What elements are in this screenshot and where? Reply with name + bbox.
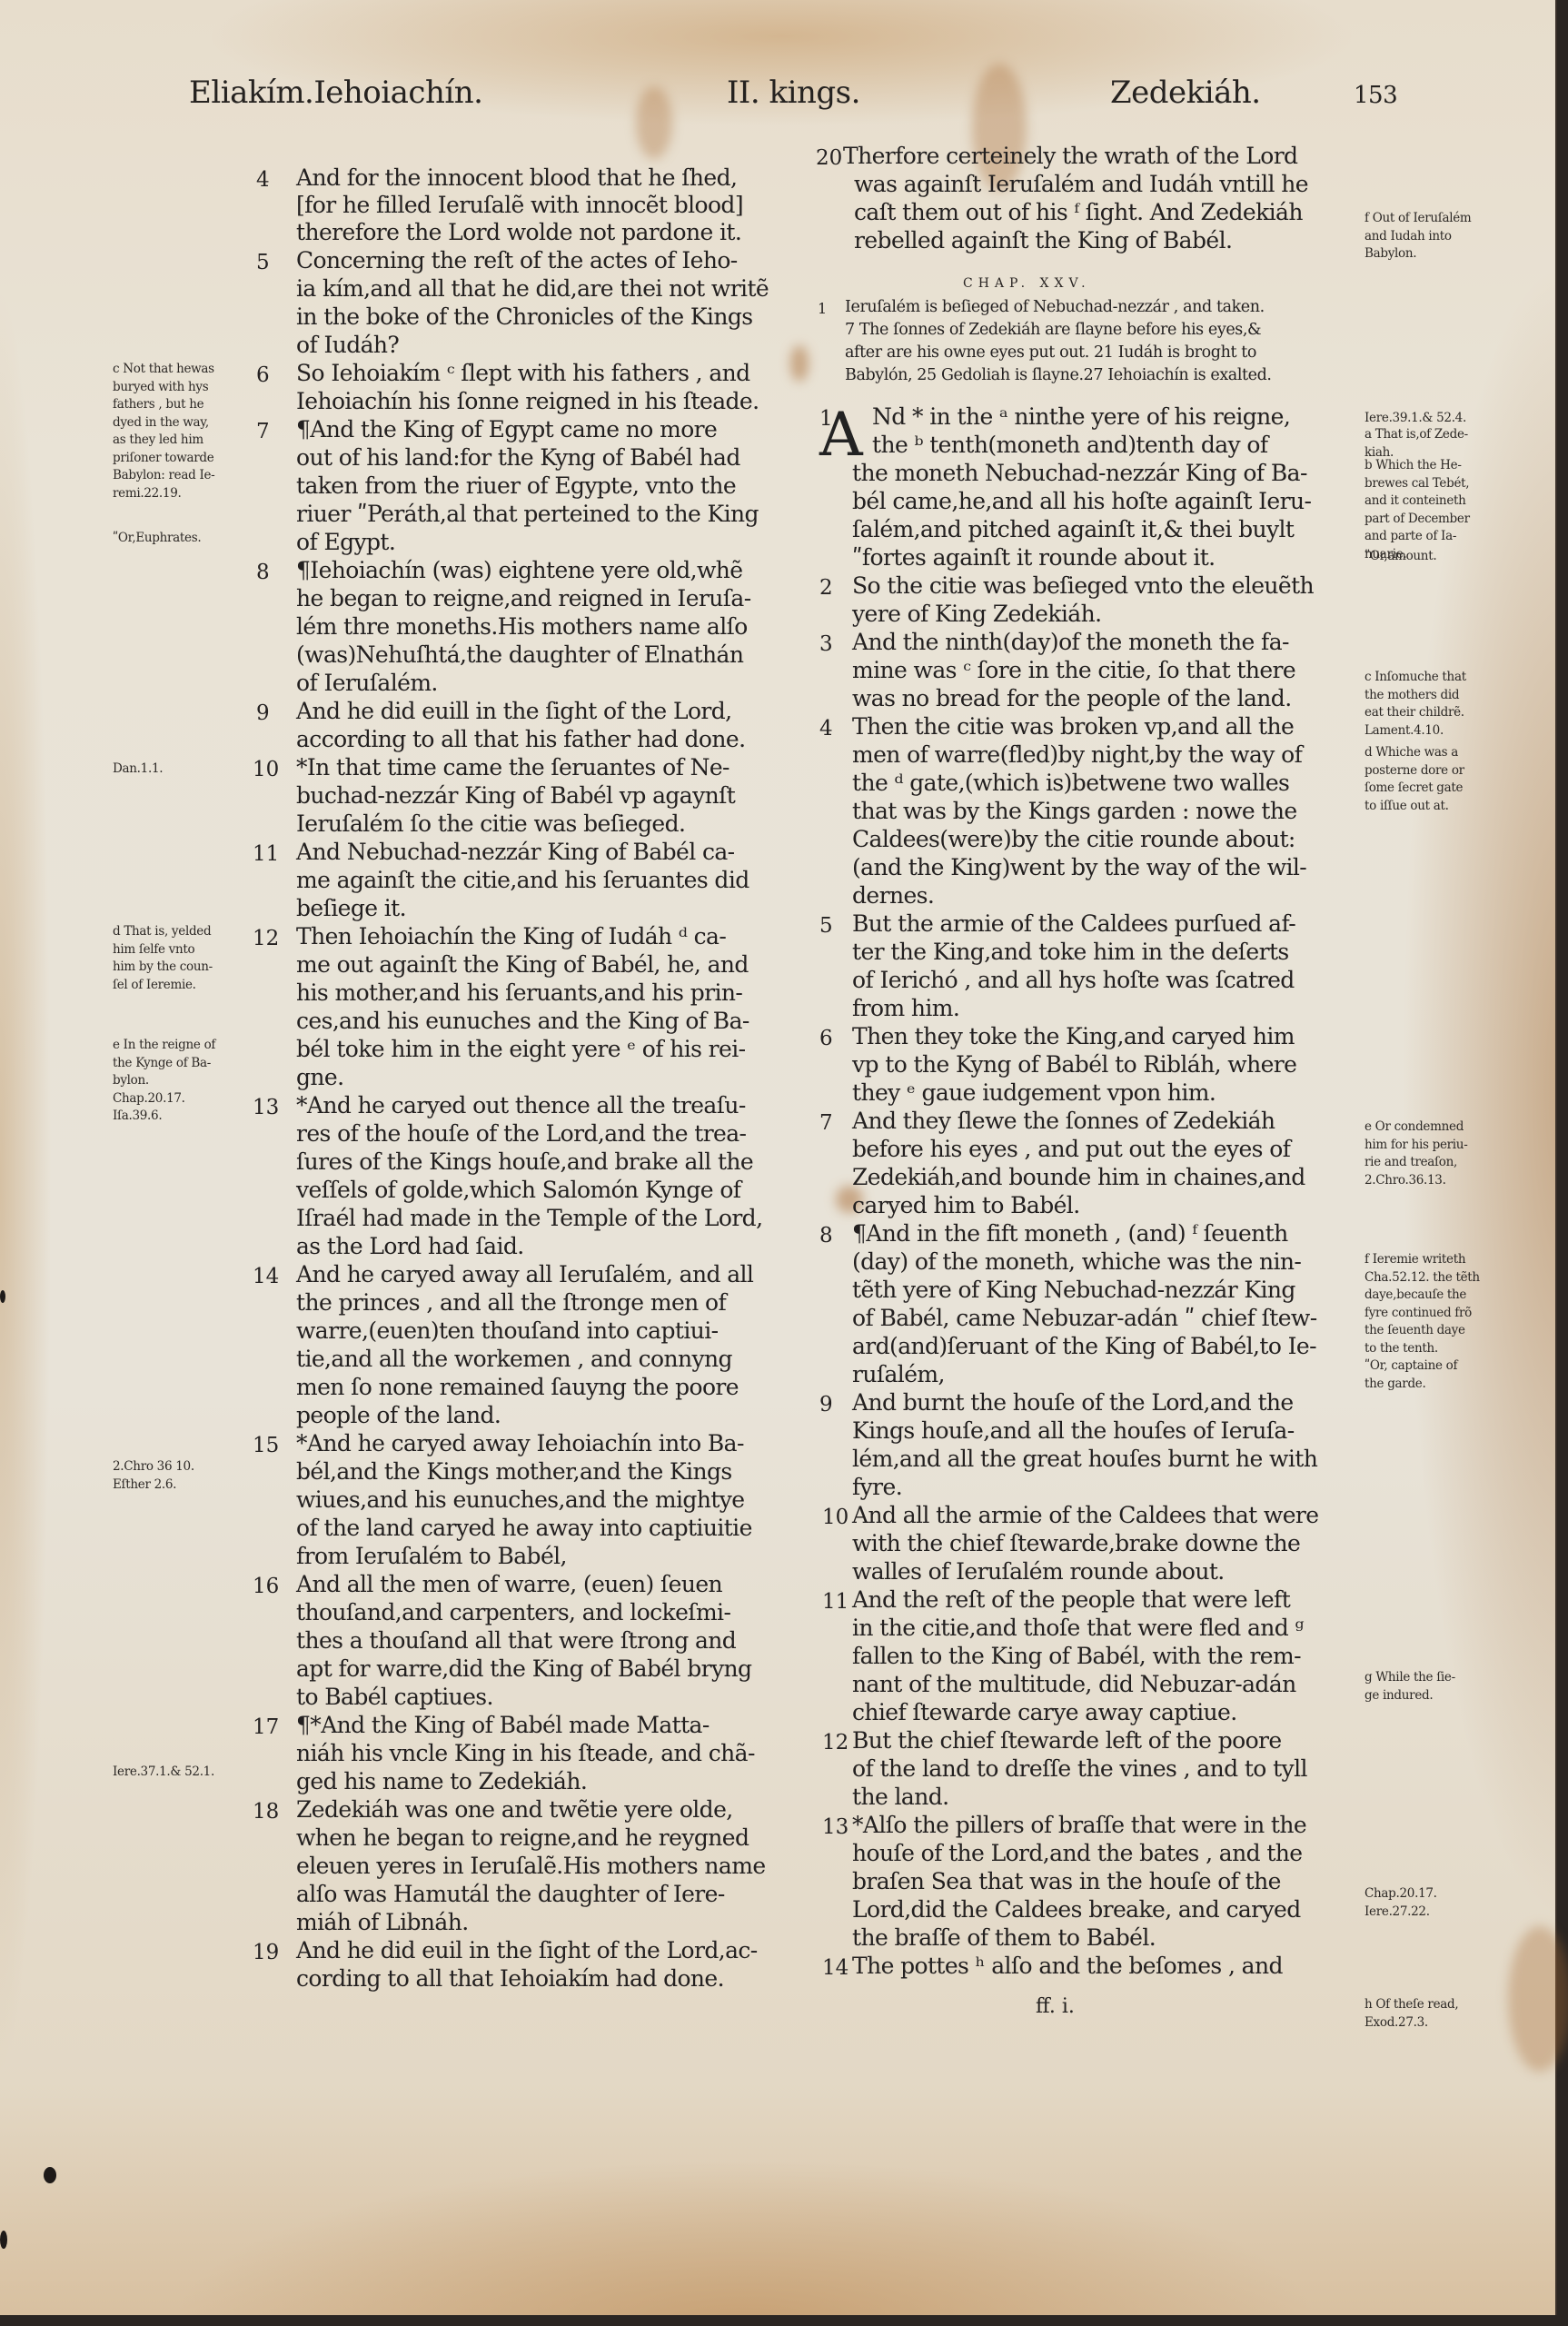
- text-line: therefore the Lord wolde not pardone it.: [296, 219, 741, 245]
- verse-number: 4: [819, 717, 833, 741]
- text-line: of Ieruſalém.: [296, 670, 438, 696]
- water-stain: [636, 86, 672, 159]
- ink-blot: [0, 2231, 7, 2249]
- text-line: And for the innocent blood that he ſhed,: [296, 164, 737, 191]
- text-line: ¶*And the King of Babél made Matta-: [296, 1712, 710, 1738]
- margin-note-line: rie and treaſon,: [1365, 1155, 1457, 1169]
- text-line: eleuen yeres in Ieruſalẽ.His mothers nam…: [296, 1853, 766, 1879]
- margin-note-line: him ſelfe vnto: [113, 942, 194, 957]
- text-line: Zedekiáh,and bounde him in chaines,and: [852, 1164, 1305, 1190]
- margin-note-line: part of December: [1365, 512, 1470, 526]
- text-line: fyre.: [852, 1474, 902, 1500]
- text-line: ard(and)ſeruant of the King of Babél,to …: [852, 1333, 1316, 1359]
- margin-note-line: Eſther 2.6.: [113, 1477, 176, 1492]
- text-line: taken from the riuer of Egypte, vnto the: [296, 472, 736, 499]
- text-line: riuer ʺPeráth,al that perteined to the K…: [296, 501, 759, 527]
- verse-number: 14: [253, 1265, 279, 1288]
- text-line: they ᵉ gaue iudgement vpon him.: [852, 1079, 1216, 1106]
- text-line: And they ſlewe the ſonnes of Zedekiáh: [852, 1108, 1275, 1134]
- text-line: ¶And in the fift moneth , (and) ᶠ ſeuent…: [852, 1220, 1288, 1247]
- text-line: lém thre moneths.His mothers name alſo: [296, 613, 748, 640]
- text-line: Concerning the reſt of the actes of Ieho…: [296, 247, 738, 273]
- text-line: miáh of Libnáh.: [296, 1909, 469, 1935]
- text-line: (and the King)went by the way of the wil…: [852, 854, 1306, 880]
- verse-number: 6: [256, 363, 270, 387]
- margin-note-line: him for his periu-: [1365, 1138, 1467, 1152]
- summary-line: after are his owne eyes put out. 21 Iudá…: [845, 343, 1256, 362]
- text-line: the ᵈ gate,(which is)betwene two walles: [852, 770, 1289, 796]
- margin-note-line: Cha.52.12. the tẽth: [1365, 1270, 1480, 1285]
- text-line: with the chief ſtewarde,brake downe the: [852, 1530, 1300, 1556]
- margin-note-line: b Which the He-: [1365, 458, 1462, 472]
- margin-note-line: the ſeuenth daye: [1365, 1323, 1465, 1337]
- verse-number: 2: [819, 576, 833, 600]
- margin-note-line: eat their childrẽ.: [1365, 705, 1464, 720]
- text-line: the braſſe of them to Babél.: [852, 1924, 1156, 1951]
- text-line: ſures of the Kings houſe,and brake all t…: [296, 1148, 753, 1175]
- margin-note-line: d That is, yelded: [113, 924, 211, 939]
- text-line: Therfore certeinely the wrath of the Lor…: [843, 143, 1297, 169]
- text-line: of the land to dreſſe the vines , and to…: [852, 1755, 1307, 1782]
- margin-note-line: ge indured.: [1365, 1688, 1433, 1703]
- text-line: And the ninth(day)of the moneth the fa-: [852, 629, 1289, 655]
- text-line: gne.: [296, 1064, 343, 1090]
- margin-note-line: to iſſue out at.: [1365, 799, 1449, 813]
- margin-note-line: to the tenth.: [1365, 1341, 1438, 1356]
- margin-note-line: buryed with hys: [113, 380, 208, 394]
- text-line: And he did euill in the ſight of the Lor…: [296, 698, 732, 724]
- margin-note-line: the mothers did: [1365, 688, 1459, 702]
- ink-blot: [44, 2167, 56, 2183]
- text-line: his mother,and his ſeruants,and his prin…: [296, 979, 742, 1006]
- text-line: of the land caryed he away into captiuit…: [296, 1515, 752, 1541]
- text-line: according to all that his father had don…: [296, 726, 745, 752]
- signature-mark: ff. i.: [1036, 1995, 1075, 2018]
- margin-note-line: Iſa.39.6.: [113, 1108, 162, 1123]
- margin-note-line: Iere.39.1.& 52.4.: [1365, 411, 1466, 425]
- text-line: ces,and his eunuches and the King of Ba-: [296, 1008, 749, 1034]
- margin-note-line: Lament.4.10.: [1365, 723, 1444, 738]
- chapter-heading: CHAP. XXV.: [963, 276, 1091, 291]
- text-line: ¶Iehoiachín (was) eightene yere old,whẽ: [296, 557, 742, 583]
- verse-number: 1: [819, 407, 833, 431]
- text-line: when he began to reigne,and he reygned: [296, 1824, 749, 1851]
- text-line: tie,and all the workemen , and connyng: [296, 1346, 732, 1372]
- verse-number: 9: [256, 701, 270, 725]
- margin-note-line: posterne dore or: [1365, 763, 1464, 778]
- margin-note-line: c Not that hewas: [113, 362, 214, 376]
- text-line: thouſand,and carpenters, and lockeſmi-: [296, 1599, 730, 1625]
- verse-number: 13: [253, 1096, 279, 1119]
- text-line: that was by the Kings garden : nowe the: [852, 798, 1297, 824]
- verse-number: 16: [253, 1575, 279, 1598]
- margin-note-line: as they led him: [113, 432, 203, 447]
- text-line: So Iehoiakím ᶜ ſlept with his fathers , …: [296, 360, 750, 386]
- margin-note-line: ſome ſecret gate: [1365, 780, 1463, 795]
- text-line: apt for warre,did the King of Babél bryn…: [296, 1655, 751, 1682]
- verse-number: 11: [822, 1590, 849, 1614]
- text-line: ſalém,and pitched againſt it,& thei buyl…: [852, 516, 1294, 542]
- text-line: And he caryed away all Ieruſalém, and al…: [296, 1261, 753, 1287]
- text-line: ia kím,and all that he did,are thei not …: [296, 275, 769, 302]
- text-line: alſo was Hamutál the daughter of Iere-: [296, 1881, 725, 1907]
- text-line: of Ierichó , and all hys hoſte was ſcatr…: [852, 967, 1295, 993]
- text-line: ʺfortes againſt it rounde about it.: [852, 544, 1216, 571]
- margin-note-line: g While the ſie-: [1365, 1670, 1455, 1685]
- margin-note-line: Exod.27.3.: [1365, 2015, 1428, 2030]
- text-line: fallen to the King of Babél, with the re…: [852, 1643, 1301, 1669]
- text-line: Nd * in the ᵃ ninthe yere of his reigne,: [872, 403, 1290, 430]
- margin-note-line: f Ieremie writeth: [1365, 1252, 1465, 1267]
- summary-number: 1: [818, 300, 827, 317]
- water-stain: [1508, 1926, 1568, 2072]
- text-line: And he did euil in the ſight of the Lord…: [296, 1937, 758, 1963]
- margin-note-line: f Out of Ieruſalém: [1365, 211, 1471, 225]
- margin-note-line: brewes cal Tebét,: [1365, 476, 1469, 491]
- text-line: (day) of the moneth, whiche was the nin-: [852, 1248, 1301, 1275]
- text-line: And Nebuchad-nezzár King of Babél ca-: [296, 839, 735, 865]
- text-line: *And he caryed out thence all the treaſu…: [296, 1092, 746, 1118]
- verse-number: 15: [253, 1434, 279, 1457]
- text-line: Then the citie was broken vp,and all the: [852, 713, 1294, 740]
- text-line: mine was ᶜ ſore in the citie, ſo that th…: [852, 657, 1295, 683]
- text-line: from Ieruſalém to Babél,: [296, 1543, 567, 1569]
- verse-number: 10: [822, 1506, 849, 1529]
- margin-note-line: 2.Chro.36.13.: [1365, 1173, 1446, 1188]
- running-head-book: II. kings.: [727, 75, 860, 111]
- text-line: Then Iehoiachín the King of Iudáh ᵈ ca-: [296, 923, 726, 949]
- text-line: of Egypt.: [296, 529, 395, 555]
- text-line: he began to reigne,and reigned in Ieruſa…: [296, 585, 751, 611]
- margin-note-line: fyre continued frõ: [1365, 1306, 1472, 1320]
- verse-number: 4: [256, 168, 270, 192]
- text-line: And burnt the houſe of the Lord,and the: [852, 1389, 1294, 1416]
- text-line: bél came,he,and all his hoſte againſt Ie…: [852, 488, 1311, 514]
- margin-note-line: ʺOr,amount.: [1365, 549, 1436, 563]
- summary-line: 7 The ſonnes of Zedekiáh are ſlayne befo…: [845, 321, 1261, 339]
- margin-note-line: remi.22.19.: [113, 486, 182, 501]
- text-line: *And he caryed away Iehoiachín into Ba-: [296, 1430, 744, 1456]
- summary-line: Ieruſalém is beſieged of Nebuchad-nezzár…: [845, 298, 1265, 316]
- text-line: The pottes ʰ alſo and the beſomes , and: [852, 1953, 1283, 1979]
- text-line: men ſo none remained ſauyng the poore: [296, 1374, 739, 1400]
- text-line: caryed him to Babél.: [852, 1192, 1080, 1218]
- text-line: to Babél captiues.: [296, 1684, 493, 1710]
- verse-number: 19: [253, 1941, 279, 1964]
- foxing-spot: [790, 345, 809, 382]
- text-line: [for he filled Ieruſalẽ with innocẽt blo…: [296, 192, 743, 218]
- text-line: caſt them out of his ᶠ ſight. And Zedeki…: [854, 199, 1303, 225]
- verse-number: 14: [822, 1956, 849, 1980]
- text-line: res of the houſe of the Lord,and the tre…: [296, 1120, 746, 1147]
- verse-number: 18: [253, 1800, 279, 1824]
- text-line: ¶And the King of Egypt came no more: [296, 416, 717, 442]
- text-line: thes a thouſand all that were ſtrong and: [296, 1627, 736, 1654]
- text-line: dernes.: [852, 882, 934, 909]
- text-line: And all the men of warre, (euen) ſeuen: [296, 1571, 722, 1597]
- text-line: of Iudáh?: [296, 332, 399, 358]
- text-line: warre,(euen)ten thouſand into captiui-: [296, 1317, 718, 1344]
- verse-number: 7: [256, 420, 270, 443]
- text-line: bél,and the Kings mother,and the Kings: [296, 1458, 732, 1485]
- text-line: And the reſt of the people that were lef…: [852, 1586, 1290, 1613]
- margin-note-line: Iere.27.22.: [1365, 1904, 1430, 1919]
- margin-note-line: Iere.37.1.& 52.1.: [113, 1764, 214, 1779]
- book-page: Eliakím.Iehoiachín. II. kings. Zedekiáh.…: [0, 0, 1557, 2315]
- text-line: wiues,and his eunuches,and the mightye: [296, 1486, 745, 1513]
- text-line: the moneth Nebuchad-nezzár King of Ba-: [852, 460, 1307, 486]
- verse-number: 13: [822, 1815, 849, 1839]
- margin-note-line: a That is,of Zede-: [1365, 427, 1468, 442]
- text-line: Then they toke the King,and caryed him: [852, 1023, 1295, 1049]
- verse-number: 8: [256, 561, 270, 584]
- verse-number: 10: [253, 758, 279, 781]
- margin-note-line: dyed in the way,: [113, 415, 209, 430]
- text-line: Lord,did the Caldees breake, and caryed: [852, 1896, 1301, 1923]
- text-line: people of the land.: [296, 1402, 501, 1428]
- text-line: lém,and all the great houſes burnt he wi…: [852, 1446, 1317, 1472]
- text-line: beſiege it.: [296, 895, 406, 921]
- margin-note-line: e Or condemned: [1365, 1119, 1464, 1134]
- margin-note-line: h Of theſe read,: [1365, 1997, 1458, 2012]
- verse-number: 11: [253, 842, 279, 866]
- text-line: in the boke of the Chronicles of the Kin…: [296, 303, 752, 330]
- margin-note-line: priſoner towarde: [113, 451, 213, 465]
- text-line: Iſraél had made in the Temple of the Lor…: [296, 1205, 762, 1231]
- text-line: ged his name to Zedekiáh.: [296, 1768, 587, 1794]
- text-line: before his eyes , and put out the eyes o…: [852, 1136, 1290, 1162]
- margin-note-line: the garde.: [1365, 1377, 1425, 1391]
- margin-note-line: and parte of Ia-: [1365, 529, 1456, 543]
- text-line: out of his land:for the Kyng of Babél ha…: [296, 444, 740, 471]
- text-line: walles of Ieruſalém rounde about.: [852, 1558, 1225, 1585]
- text-line: was no bread for the people of the land.: [852, 685, 1292, 711]
- text-line: as the Lord had ſaid.: [296, 1233, 524, 1259]
- text-line: braſen Sea that was in the houſe of the: [852, 1868, 1281, 1894]
- text-line: And all the armie of the Caldees that we…: [852, 1502, 1318, 1528]
- margin-note-line: and Iudah into: [1365, 229, 1452, 244]
- text-line: vp to the Kyng of Babél to Ribláh, where: [852, 1051, 1296, 1078]
- page-number: 153: [1354, 82, 1397, 109]
- text-line: buchad-nezzár King of Babél vp agaynſt: [296, 782, 735, 809]
- text-line: houſe of the Lord,and the bates , and th…: [852, 1840, 1303, 1866]
- verse-number: 17: [253, 1715, 279, 1739]
- verse-number: 9: [819, 1393, 833, 1416]
- text-line: of Babél, came Nebuzar-adán ʺ chief ſtew…: [852, 1305, 1317, 1331]
- text-line: But the chief ſtewarde left of the poore: [852, 1727, 1282, 1754]
- text-line: nant of the multitude, did Nebuzar-adán: [852, 1671, 1296, 1697]
- verse-number: 7: [819, 1111, 833, 1135]
- margin-note-line: Babylon: read Ie-: [113, 468, 214, 482]
- verse-number: 6: [819, 1027, 833, 1050]
- margin-note-line: Dan.1.1.: [113, 761, 163, 776]
- margin-note-line: daye,becauſe the: [1365, 1287, 1466, 1302]
- margin-note-line: e In the reigne of: [113, 1038, 215, 1052]
- margin-note-line: Babylon.: [1365, 246, 1416, 261]
- text-line: ruſalém,: [852, 1361, 945, 1387]
- verse-number: 3: [819, 632, 833, 656]
- text-line: (was)Nehuſhtá,the daughter of Elnathán: [296, 641, 743, 668]
- text-line: Iehoiachín his ſonne reigned in his ſtea…: [296, 388, 759, 414]
- text-line: So the citie was beſieged vnto the eleuẽ…: [852, 572, 1314, 599]
- margin-note-line: Chap.20.17.: [113, 1091, 185, 1106]
- margin-note-line: c Inſomuche that: [1365, 670, 1466, 684]
- text-line: me againſt the citie,and his ſeruantes d…: [296, 867, 749, 893]
- verse-number: 5: [256, 251, 270, 274]
- verse-number: 8: [819, 1224, 833, 1247]
- verse-number: 12: [822, 1731, 849, 1754]
- ink-blot: [0, 1290, 5, 1303]
- verse-number: 12: [253, 927, 279, 950]
- text-line: Ieruſalém ſo the citie was beſieged.: [296, 810, 685, 837]
- text-line: the princes , and all the ſtronge men of: [296, 1289, 726, 1316]
- text-line: tẽth yere of King Nebuchad-nezzár King: [852, 1277, 1295, 1303]
- text-line: But the armie of the Caldees purſued af-: [852, 910, 1295, 937]
- text-line: cording to all that Iehoiakím had done.: [296, 1965, 724, 1992]
- margin-note-line: Chap.20.17.: [1365, 1886, 1437, 1901]
- summary-line: Babylón, 25 Gedoliah is ſlayne.27 Iehoia…: [845, 366, 1272, 384]
- text-line: men of warre(fled)by night,by the way of: [852, 741, 1302, 768]
- running-head-right: Zedekiáh.: [1110, 75, 1261, 111]
- text-line: in the citie,and thoſe that were fled an…: [852, 1615, 1304, 1641]
- margin-note-line: ʺOr,Euphrates.: [113, 531, 201, 545]
- text-line: bél toke him in the eight yere ᵉ of his …: [296, 1036, 745, 1062]
- margin-note-line: ſel of Ieremie.: [113, 978, 196, 992]
- text-line: Zedekiáh was one and twẽtie yere olde,: [296, 1796, 733, 1823]
- text-line: *In that time came the ſeruantes of Ne-: [296, 754, 729, 780]
- margin-note-line: ʺOr, captaine of: [1365, 1358, 1457, 1373]
- text-line: chief ſtewarde carye away captiue.: [852, 1699, 1237, 1725]
- text-line: me out againſt the King of Babél, he, an…: [296, 951, 749, 978]
- text-line: Kings houſe,and all the houſes of Ieruſa…: [852, 1417, 1295, 1444]
- margin-note-line: d Whiche was a: [1365, 745, 1458, 760]
- verse-number: 5: [819, 914, 833, 938]
- margin-note-line: 2.Chro 36 10.: [113, 1459, 194, 1474]
- margin-note-line: the Kynge of Ba-: [113, 1056, 211, 1070]
- text-line: niáh his vncle King in his ſteade, and c…: [296, 1740, 755, 1766]
- margin-note-line: and it conteineth: [1365, 493, 1466, 508]
- text-line: ter the King,and toke him in the deſerts: [852, 939, 1289, 965]
- text-line: Caldees(were)by the citie rounde about:: [852, 826, 1295, 852]
- text-line: was againſt Ieruſalém and Iudáh vntill h…: [854, 171, 1308, 197]
- text-line: rebelled againſt the King of Babél.: [854, 227, 1232, 253]
- verse-number: 20: [816, 146, 842, 170]
- margin-note-line: bylon.: [113, 1073, 149, 1088]
- text-line: the land.: [852, 1784, 948, 1810]
- text-line: from him.: [852, 995, 959, 1021]
- text-line: *Alſo the pillers of braſſe that were in…: [852, 1812, 1306, 1838]
- margin-note-line: fathers , but he: [113, 397, 203, 412]
- margin-note-line: him by the coun-: [113, 959, 213, 974]
- text-line: veſſels of golde,which Salomón Kynge of: [296, 1177, 740, 1203]
- text-line: yere of King Zedekiáh.: [852, 601, 1101, 627]
- text-line: the ᵇ tenth(moneth and)tenth day of: [872, 432, 1268, 458]
- running-head-left: Eliakím.Iehoiachín.: [189, 75, 482, 111]
